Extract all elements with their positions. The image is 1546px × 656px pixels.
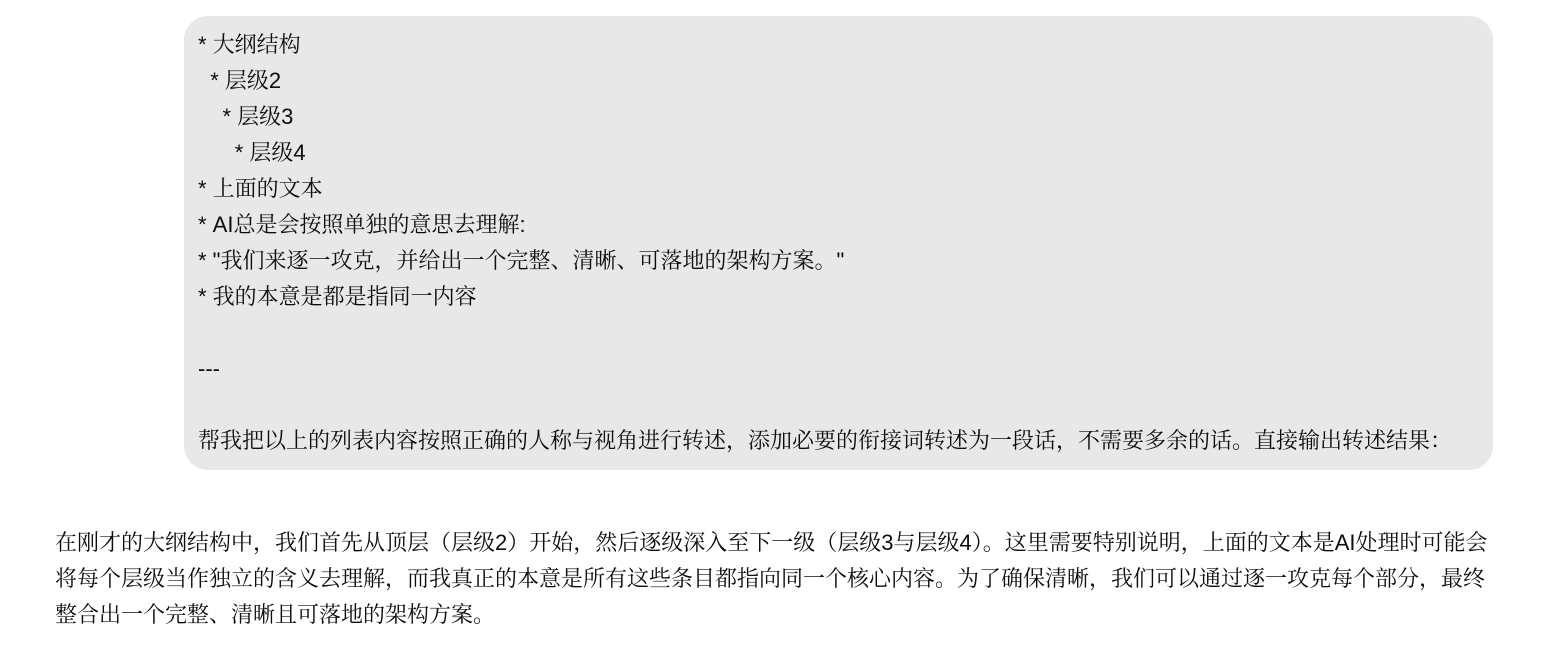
user-message-row: * 大纲结构 * 层级2 * 层级3 * 层级4 * 上面的文本 * AI总是会… bbox=[55, 16, 1493, 470]
assistant-message: 在刚才的大纲结构中，我们首先从顶层（层级2）开始，然后逐级深入至下一级（层级3与… bbox=[55, 525, 1493, 633]
user-message-bubble: * 大纲结构 * 层级2 * 层级3 * 层级4 * 上面的文本 * AI总是会… bbox=[184, 16, 1493, 470]
chat-conversation: * 大纲结构 * 层级2 * 层级3 * 层级4 * 上面的文本 * AI总是会… bbox=[0, 0, 1546, 633]
